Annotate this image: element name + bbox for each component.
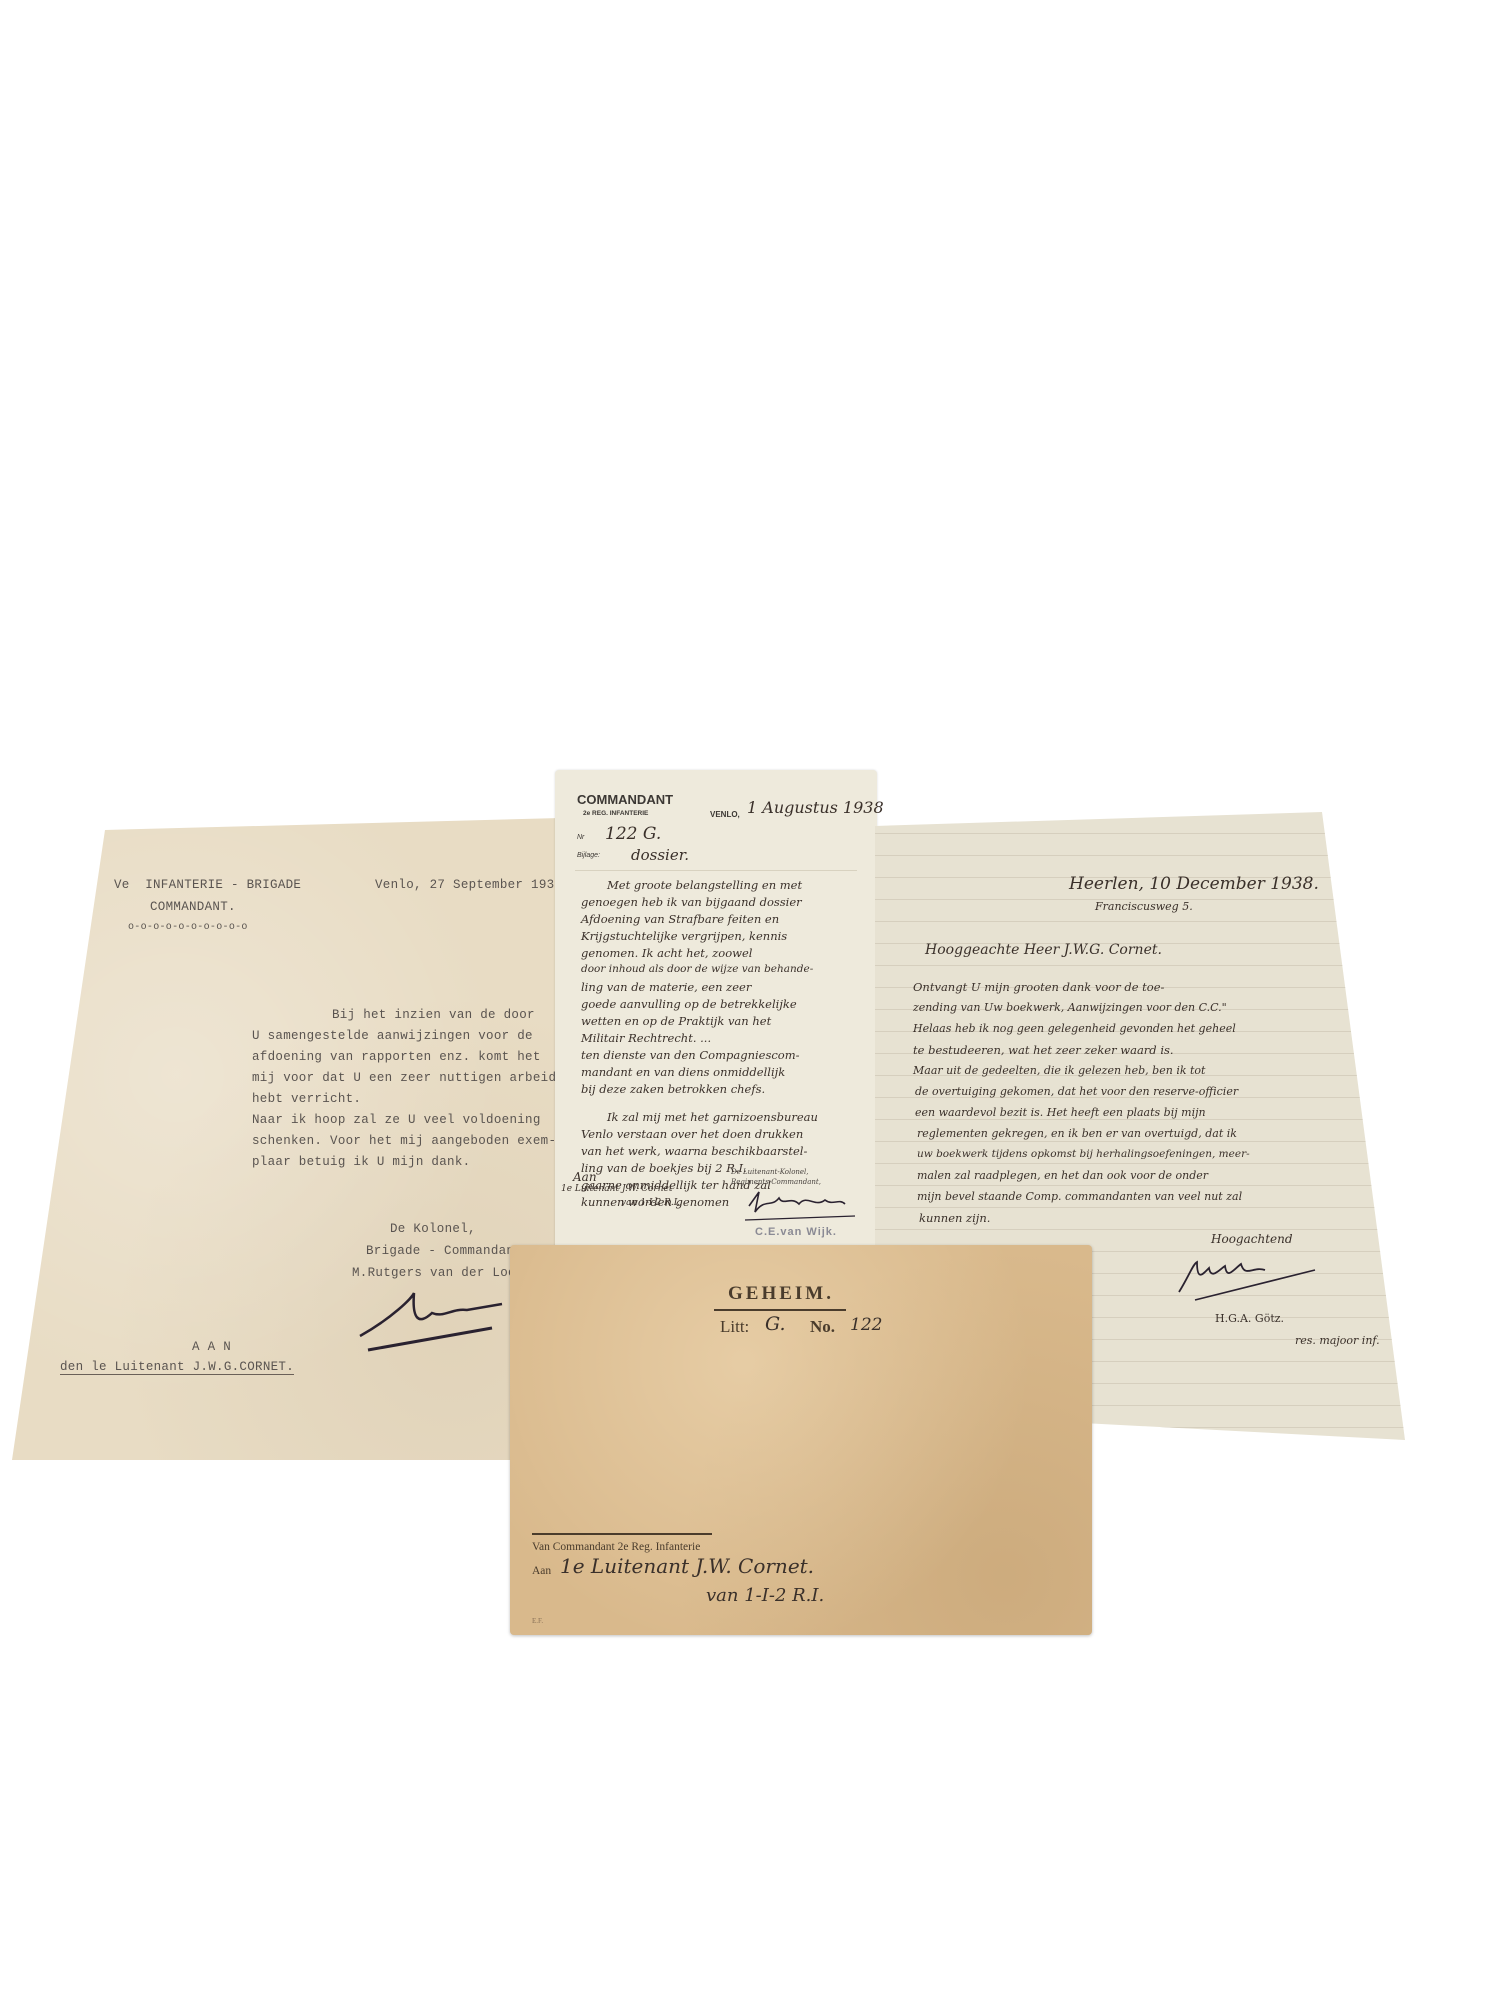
heerlen-salutation: Hooggeachte Heer J.W.G. Cornet.	[925, 942, 1162, 958]
typed-letter-brigade: Ve INFANTERIE - BRIGADE COMMANDANT. o-o-…	[12, 818, 560, 1460]
body-line: ten dienste van den Compagniescom-	[581, 1048, 800, 1062]
body-line: genoegen heb ik van bijgaand dossier	[581, 895, 802, 909]
recipient-aan: Aan	[573, 1170, 597, 1184]
no-value: 122	[850, 1315, 882, 1335]
body-line: mandant en van diens onmiddellijk	[581, 1065, 785, 1079]
body-line: te bestudeeren, wat het zeer zeker waard…	[913, 1043, 1174, 1057]
body-line: Bij het inzien van de door	[332, 1008, 535, 1022]
body-line: zending van Uw boekwerk, Aanwijzingen vo…	[913, 1001, 1227, 1014]
body-line: Maar uit de gedeelten, die ik gelezen he…	[913, 1064, 1205, 1077]
body-line: mijn bevel staande Comp. commandanten va…	[917, 1190, 1242, 1203]
signature-gotz	[1175, 1256, 1325, 1306]
signatory-title-1: De Luitenant-Kolonel,	[731, 1168, 809, 1176]
classification-underline	[714, 1309, 846, 1311]
envelope-corner-mark: E.F.	[532, 1617, 543, 1625]
heerlen-closing: Hoogachtend	[1211, 1232, 1293, 1246]
body-line: Venlo verstaan over het doen drukken	[581, 1127, 803, 1141]
signatory-title-2: Regiments-Commandant,	[731, 1178, 821, 1186]
body-line: afdoening van rapporten enz. komt het	[252, 1050, 541, 1064]
body-line: door inhoud als door de wijze van behand…	[581, 963, 813, 975]
body-line: uw boekwerk tijdens opkomst bij herhalin…	[917, 1148, 1250, 1160]
nr-value: 122 G.	[605, 824, 661, 844]
letter-header-org: Ve INFANTERIE - BRIGADE	[114, 878, 301, 892]
signature-rutgers	[352, 1288, 512, 1358]
body-line: Afdoening van Strafbare feiten en	[581, 912, 779, 926]
envelope-to-value: 1e Luitenant J.W. Cornet.	[560, 1554, 814, 1578]
letterhead-date: 1 Augustus 1938	[747, 798, 884, 817]
closing-rank: De Kolonel,	[390, 1222, 476, 1236]
envelope-classification: GEHEIM.	[728, 1283, 834, 1305]
letterhead-place: VENLO,	[710, 810, 740, 819]
body-line: bij deze zaken betrokken chefs.	[581, 1082, 765, 1096]
body-line: een waardevol bezit is. Het heeft een pl…	[915, 1106, 1206, 1119]
body-line: van het werk, waarna beschikbaarstel-	[581, 1144, 807, 1158]
envelope-geheim: GEHEIM. Litt: G. No. 122 Van Commandant …	[510, 1245, 1092, 1635]
body-line: Ontvangt U mijn grooten dank voor de toe…	[913, 980, 1164, 994]
letter-place-date: Venlo, 27 September 1938.	[375, 878, 570, 892]
bijlage-label: Bijlage:	[577, 852, 600, 859]
envelope-from: Van Commandant 2e Reg. Infanterie	[532, 1541, 700, 1553]
envelope-to-unit: van 1-I-2 R.I.	[706, 1585, 824, 1606]
body-line: ling van de materie, een zeer	[581, 980, 751, 994]
recipient-name: 1e Luitenant J.W. Cornet	[561, 1184, 672, 1194]
closing-title: Brigade - Commandant,	[366, 1244, 530, 1258]
letterhead-org-title: COMMANDANT	[577, 792, 673, 807]
body-line: U samengestelde aanwijzingen voor de	[252, 1029, 533, 1043]
body-line: Krijgstuchtelijke vergrijpen, kennis	[581, 929, 787, 943]
address-divider	[532, 1533, 712, 1535]
body-line: schenken. Voor het mij aangeboden exem-	[252, 1134, 556, 1148]
no-label: No.	[810, 1317, 835, 1337]
heerlen-place-date: Heerlen, 10 December 1938.	[1069, 874, 1319, 894]
litt-label: Litt:	[720, 1317, 749, 1337]
body-line: genomen. Ik acht het, zoowel	[581, 946, 752, 960]
body-line: Helaas heb ik nog geen gelegenheid gevon…	[913, 1022, 1236, 1035]
body-line: goede aanvulling op de betrekkelijke	[581, 997, 797, 1011]
addressee-name: den le Luitenant J.W.G.CORNET.	[60, 1360, 294, 1375]
envelope-to-label: Aan	[532, 1565, 551, 1577]
body-line: wetten en op de Praktijk van het	[581, 1014, 771, 1028]
recipient-unit: van 1-I-2 R.I.	[621, 1198, 680, 1208]
body-line: plaar betuig ik U mijn dank.	[252, 1155, 470, 1169]
signatory-stamp: C.E.van Wijk.	[755, 1226, 837, 1238]
body-line: Ik zal mij met het garnizoensbureau	[607, 1110, 818, 1124]
letterhead-org-subtitle: 2e REG. INFANTERIE	[583, 810, 648, 817]
body-line: mij voor dat U een zeer nuttigen arbeid	[252, 1071, 556, 1085]
body-line: kunnen zijn.	[919, 1211, 990, 1225]
body-line: de overtuiging gekomen, dat het voor den…	[915, 1085, 1238, 1098]
letter-header-divider: o-o-o-o-o-o-o-o-o-o	[128, 922, 248, 933]
heerlen-signature-rank: res. majoor inf.	[1295, 1334, 1380, 1347]
addressee-label: A A N	[192, 1340, 231, 1354]
body-line: Met groote belangstelling en met	[607, 878, 802, 892]
body-line: ling van de boekjes bij 2 R.I.	[581, 1161, 747, 1175]
heerlen-address: Franciscusweg 5.	[1095, 900, 1193, 913]
body-line: malen zal raadplegen, en het dan ook voo…	[917, 1169, 1208, 1182]
heerlen-signature-name: H.G.A. Götz.	[1215, 1312, 1284, 1325]
signature-van-wijk	[745, 1186, 865, 1226]
divider	[575, 870, 857, 871]
body-line: hebt verricht.	[252, 1092, 361, 1106]
body-line: Naar ik hoop zal ze U veel voldoening	[252, 1113, 541, 1127]
nr-label: Nr	[577, 834, 584, 841]
letterhead-letter-regiment: COMMANDANT 2e REG. INFANTERIE VENLO, 1 A…	[555, 770, 877, 1252]
letter-header-title: COMMANDANT.	[150, 900, 236, 914]
body-line: Militair Rechtrecht. ...	[581, 1031, 711, 1045]
litt-value: G.	[765, 1313, 786, 1335]
body-line: reglementen gekregen, en ik ben er van o…	[917, 1127, 1237, 1140]
bijlage-value: dossier.	[631, 846, 689, 864]
